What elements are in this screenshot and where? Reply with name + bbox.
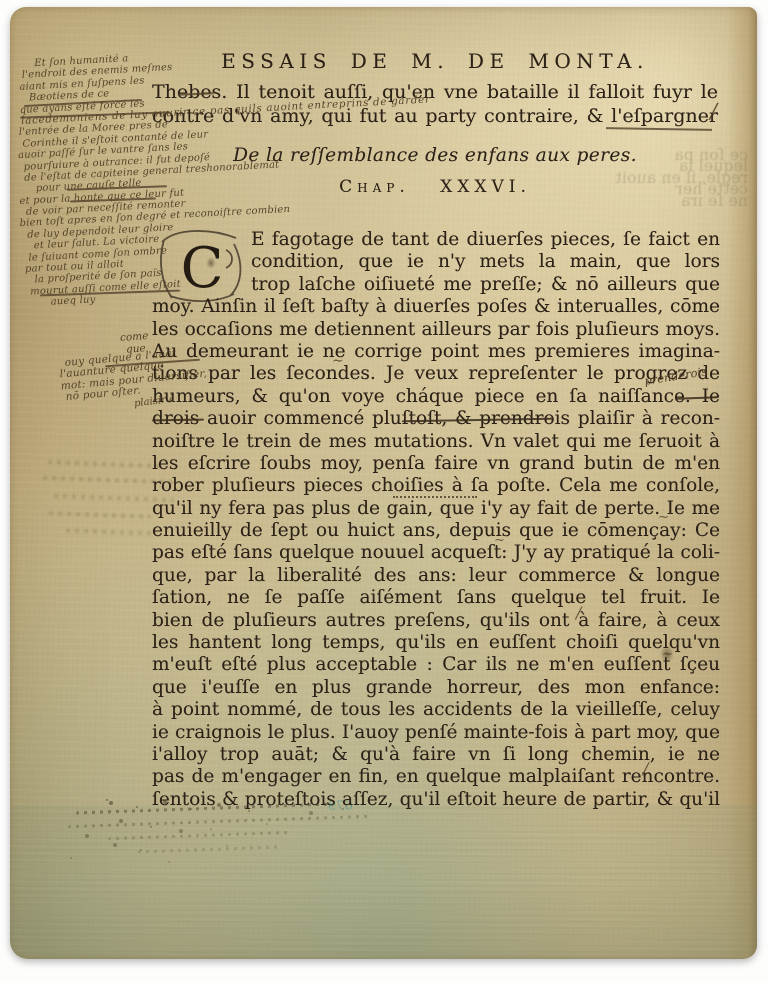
pen-squiggle-mark: ∼ <box>332 353 344 369</box>
margin-annotation-fragment: que <box>126 342 146 355</box>
bottom-stain-band <box>10 805 757 959</box>
scanned-page-photo: ce ſon palequel laregle, il en auoitcett… <box>0 0 768 982</box>
body-line: pas eſté ſans quelque nouuel acqueſt: J'… <box>152 542 720 564</box>
body-line: qu'il ny fera pas plus de gain, que i'y … <box>152 498 720 520</box>
deletion-dots <box>393 496 477 498</box>
body-line: tions par les ſecondes. Je veux repreſen… <box>152 363 720 385</box>
pen-slash-mark: ∕ <box>710 99 717 123</box>
body-line: à point nommé, de tous les accidents de … <box>152 699 720 721</box>
body-line: rober pluſieurs pieces choiſies à ſa poſ… <box>152 475 720 497</box>
body-line: i'alloy trop auāt; & qu'à faire vn ſi lo… <box>152 744 720 766</box>
body-line: ſation, ne ſe paſſe aiſément ſans quelqu… <box>152 587 720 609</box>
margin-annotation-top: Et ſon humanité al'endroit des enemis me… <box>18 41 371 309</box>
ink-mark: ∼ <box>662 647 673 662</box>
body-line: ie craignois le plus. I'auoy penſé maint… <box>152 722 720 744</box>
body-line: que i'euſſe en plus grande horreur, des … <box>152 677 720 699</box>
body-line: pas de m'engager en fin, en quelque malp… <box>152 766 720 788</box>
body-line: m'euſt eſté plus acceptable : Car ils ne… <box>152 654 720 676</box>
body-line: noiſtre le trein de mes mutations. Vn va… <box>152 431 720 453</box>
ink-speckles <box>106 799 108 801</box>
body-line: les occaſions me detiennent ailleurs par… <box>152 319 720 341</box>
body-line: Au demeurant ie ne corrige point mes pre… <box>152 341 720 363</box>
book-page: ce ſon palequel laregle, il en auoitcett… <box>10 7 757 959</box>
body-line: bien de pluſieurs autres preſens, qu'ils… <box>152 610 720 632</box>
body-line: les hantent long temps, qu'ils en euſſen… <box>152 632 720 654</box>
body-text: E fagotage de tant de diuerſes pieces, ſ… <box>152 229 720 811</box>
body-line: que, par la liberalité des ans: leur com… <box>152 565 720 587</box>
body-line: moy. Ainſin il ſeſt baſty à diuerſes poſ… <box>152 296 720 318</box>
pen-slash-mark: ∕ <box>643 759 648 778</box>
pen-slash-mark: ∕ <box>576 603 581 622</box>
pen-squiggle-mark: ∼ <box>494 533 505 548</box>
body-line: enuieilly de ſept ou huict ans, depuis q… <box>152 520 720 542</box>
body-line: humeurs, & qu'on voye cháque piece en ſa… <box>152 386 720 408</box>
body-line: les eſcrire ſoubs moy, penſa faire vn gr… <box>152 453 720 475</box>
pen-squiggle-mark: ∼ <box>658 510 669 525</box>
